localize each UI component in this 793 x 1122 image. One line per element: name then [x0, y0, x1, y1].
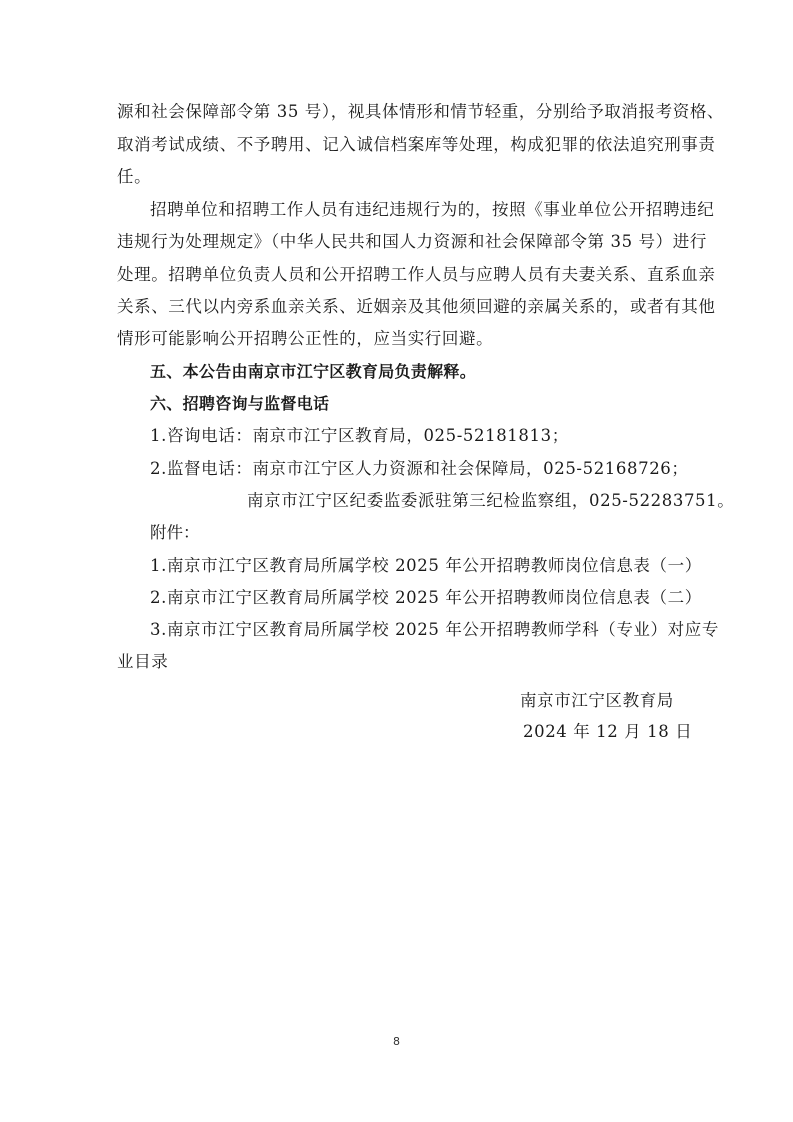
page-number: 8 [0, 1035, 793, 1048]
paragraph-line: 处理。招聘单位负责人员和公开招聘工作人员与应聘人员有夫妻关系、直系血亲 [117, 264, 716, 286]
attachment-item: 3.南京市江宁区教育局所属学校 2025 年公开招聘教师学科（专业）对应专 [150, 619, 719, 641]
attachments-label: 附件： [150, 522, 200, 544]
signature-date: 2024 年 12 月 18 日 [523, 721, 692, 743]
attachment-item: 2.南京市江宁区教育局所属学校 2025 年公开招聘教师岗位信息表（二） [150, 587, 702, 609]
contact-supervision-phone-2: 南京市江宁区纪委监委派驻第三纪检监察组，025-52283751。 [247, 490, 734, 512]
section-heading-six: 六、招聘咨询与监督电话 [150, 393, 329, 415]
paragraph-line: 源和社会保障部令第 35 号），视具体情形和情节轻重，分别给予取消报考资格、 [117, 101, 724, 123]
section-heading-five: 五、本公告由南京市江宁区教育局负责解释。 [150, 361, 476, 383]
paragraph-line: 违规行为处理规定》（中华人民共和国人力资源和社会保障部令第 35 号）进行 [117, 231, 707, 253]
signature-issuer: 南京市江宁区教育局 [520, 690, 674, 712]
attachment-item-wrap: 业目录 [117, 651, 168, 673]
paragraph-line: 关系、三代以内旁系血亲关系、近姻亲及其他须回避的亲属关系的，或者有其他 [117, 296, 716, 318]
contact-consult-phone: 1.咨询电话：南京市江宁区教育局，025-52181813； [150, 425, 569, 447]
paragraph-line: 招聘单位和招聘工作人员有违纪违规行为的，按照《事业单位公开招聘违纪 [150, 199, 714, 221]
paragraph-line: 任。 [117, 166, 151, 188]
paragraph-line: 情形可能影响公开招聘公正性的，应当实行回避。 [117, 328, 493, 350]
attachment-item: 1.南京市江宁区教育局所属学校 2025 年公开招聘教师岗位信息表（一） [150, 555, 702, 577]
paragraph-line: 取消考试成绩、不予聘用、记入诚信档案库等处理，构成犯罪的依法追究刑事责 [117, 134, 716, 156]
contact-supervision-phone: 2.监督电话：南京市江宁区人力资源和社会保障局，025-52168726； [150, 458, 689, 480]
document-page: 源和社会保障部令第 35 号），视具体情形和情节轻重，分别给予取消报考资格、 取… [0, 0, 793, 1122]
